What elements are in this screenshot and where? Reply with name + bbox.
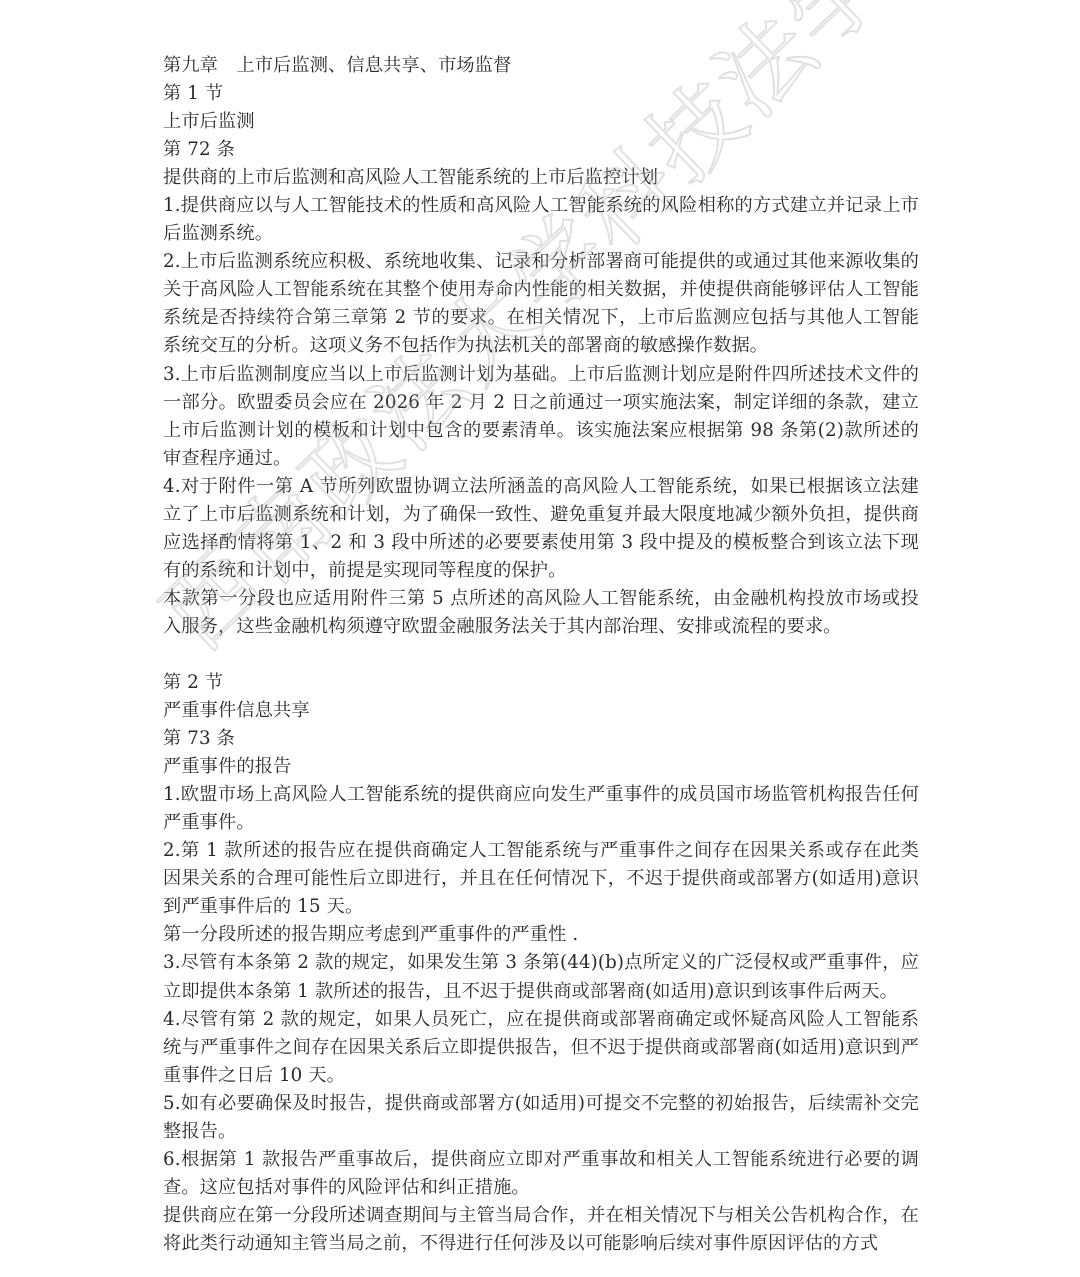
article-paragraph: 4.对于附件一第 A 节所列欧盟协调立法所涵盖的高风险人工智能系统，如果已根据该… xyxy=(163,473,919,585)
article-paragraph: 第一分段所述的报告期应考虑到严重事件的严重性 . xyxy=(163,921,919,949)
article-paragraph: 6.根据第 1 款报告严重事故后，提供商应立即对严重事故和相关人工智能系统进行必… xyxy=(163,1146,919,1202)
section-title: 严重事件信息共享 xyxy=(163,697,919,725)
article-paragraph: 3.尽管有本条第 2 款的规定，如果发生第 3 条第(44)(b)点所定义的广泛… xyxy=(163,949,919,1005)
article-paragraph: 1.欧盟市场上高风险人工智能系统的提供商应向发生严重事件的成员国市场监管机构报告… xyxy=(163,781,919,837)
article-title: 严重事件的报告 xyxy=(163,753,919,781)
article-paragraph: 2.上市后监测系统应积极、系统地收集、记录和分析部署商可能提供的或通过其他来源收… xyxy=(163,248,919,360)
article-paragraph: 提供商应在第一分段所述调查期间与主管当局合作，并在相关情况下与相关公告机构合作，… xyxy=(163,1202,919,1258)
article-title: 提供商的上市后监测和高风险人工智能系统的上市后监控计划 xyxy=(163,164,919,192)
article-paragraph: 5.如有必要确保及时报告，提供商或部署方(如适用)可提交不完整的初始报告，后续需… xyxy=(163,1090,919,1146)
article-paragraph: 4.尽管有第 2 款的规定，如果人员死亡，应在提供商或部署商确定或怀疑高风险人工… xyxy=(163,1006,919,1090)
article-paragraph: 3.上市后监测制度应当以上市后监测计划为基础。上市后监测计划应是附件四所述技术文… xyxy=(163,361,919,473)
article-paragraph: 1.提供商应以与人工智能技术的性质和高风险人工智能系统的风险相称的方式建立并记录… xyxy=(163,192,919,248)
article-paragraph: 2.第 1 款所述的报告应在提供商确定人工智能系统与严重事件之间存在因果关系或存… xyxy=(163,837,919,921)
section-number: 第 1 节 xyxy=(163,80,919,108)
article-number: 第 72 条 xyxy=(163,136,919,164)
section-spacer xyxy=(163,641,919,669)
chapter-title: 第九章 上市后监测、信息共享、市场监督 xyxy=(163,52,919,80)
article-number: 第 73 条 xyxy=(163,725,919,753)
document-page: 第九章 上市后监测、信息共享、市场监督 第 1 节 上市后监测 第 72 条 提… xyxy=(163,52,919,1258)
article-paragraph: 本款第一分段也应适用附件三第 5 点所述的高风险人工智能系统，由金融机构投放市场… xyxy=(163,585,919,641)
section-title: 上市后监测 xyxy=(163,108,919,136)
section-number: 第 2 节 xyxy=(163,669,919,697)
